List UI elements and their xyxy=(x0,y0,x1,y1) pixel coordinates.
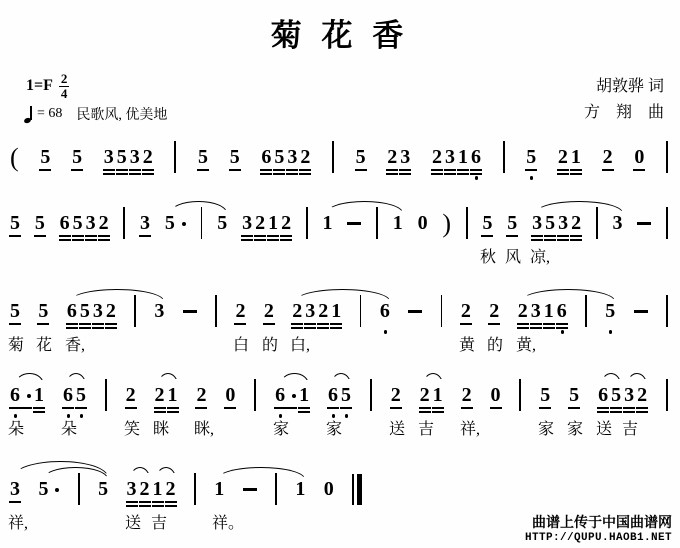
note: 1 xyxy=(299,384,309,406)
note: 2 xyxy=(281,212,291,234)
time-signature: 24 xyxy=(59,72,70,101)
note: 2 xyxy=(318,300,328,322)
duration-dash xyxy=(347,222,361,225)
note: 3 xyxy=(127,478,137,500)
note: 2 xyxy=(255,212,265,234)
note: 5 xyxy=(38,478,59,500)
dot-after xyxy=(27,394,31,398)
underline xyxy=(234,323,246,325)
lyricist-credit: 胡敦骅 词 xyxy=(584,74,664,100)
beam-group: 3532 xyxy=(532,212,581,234)
underline xyxy=(557,235,569,237)
underline xyxy=(597,407,609,409)
note: 5 xyxy=(10,212,20,234)
sheet-music-page: 菊 花 香 1=F24 = 68 民歌风, 优美地 胡敦骅 词 方 翔 曲 (5… xyxy=(0,0,680,548)
underline xyxy=(9,323,21,325)
beam-group: 5 xyxy=(482,212,492,234)
underline xyxy=(543,323,555,325)
underline xyxy=(116,173,128,175)
beam-group: 61 xyxy=(10,384,44,406)
note: 1 xyxy=(571,146,581,168)
note: 1 xyxy=(458,146,468,168)
lyric-syllable: 笑 xyxy=(124,416,140,439)
underline xyxy=(530,327,542,329)
underline xyxy=(195,407,207,409)
dot-after xyxy=(182,222,186,226)
note: 5 xyxy=(76,384,86,406)
underline xyxy=(556,327,568,329)
slur-tie-arc xyxy=(423,373,443,385)
underline xyxy=(490,407,502,409)
final-barline-thick xyxy=(357,474,362,505)
note: 3 xyxy=(305,300,315,322)
composer-credit: 方 翔 曲 xyxy=(584,100,664,126)
underline xyxy=(556,323,568,325)
beam-group: 5 xyxy=(38,300,48,322)
note: 5 xyxy=(274,146,284,168)
lyric-syllable: 送 xyxy=(125,510,141,533)
source-url-text: HTTP://QUPU.HAOB1.NET xyxy=(525,532,672,545)
tempo-value: = 68 xyxy=(37,106,62,122)
underline xyxy=(154,411,166,413)
slur-tie-arc xyxy=(326,201,403,213)
beam-group: 6532 xyxy=(60,212,109,234)
note: 0 xyxy=(225,384,235,406)
underline xyxy=(229,169,241,171)
underline xyxy=(139,505,151,507)
note: 3 xyxy=(86,212,96,234)
open-paren: ( xyxy=(10,146,19,170)
note: 0 xyxy=(491,384,501,406)
underline xyxy=(597,411,609,413)
lyric-syllable: 祥, xyxy=(8,510,28,533)
note: 0 xyxy=(634,146,644,168)
note: 1 xyxy=(544,300,554,322)
duration-dash xyxy=(183,310,197,313)
underline xyxy=(317,323,329,325)
note: 3 xyxy=(532,212,542,234)
note: 2 xyxy=(420,384,430,406)
underline xyxy=(280,235,292,237)
barline xyxy=(332,141,334,173)
note: 2 xyxy=(489,300,499,322)
underline xyxy=(544,239,556,241)
underline xyxy=(274,407,297,409)
underline xyxy=(224,407,236,409)
beam-group: 21 xyxy=(420,384,443,406)
meter-denominator: 4 xyxy=(61,87,68,101)
beam-group: 5 xyxy=(165,212,186,234)
underline xyxy=(263,323,275,325)
lyric-syllable: 花 xyxy=(36,332,52,355)
key-signature: 1=F24 xyxy=(26,72,69,101)
underline xyxy=(39,169,51,171)
note: 5 xyxy=(35,212,45,234)
underline xyxy=(92,327,104,329)
underline xyxy=(126,505,138,507)
note: 6 xyxy=(63,384,73,406)
low-octave-dot xyxy=(609,330,612,333)
underline xyxy=(539,407,551,409)
beam-group: 3 xyxy=(613,212,623,234)
underline xyxy=(557,169,569,171)
duration-dash xyxy=(243,488,257,491)
underline xyxy=(602,169,614,171)
note: 3 xyxy=(613,212,623,234)
note: 5 xyxy=(540,384,550,406)
underline xyxy=(71,169,83,171)
note: 2 xyxy=(462,384,472,406)
duration-dash xyxy=(637,222,651,225)
quarter-note-icon xyxy=(24,106,33,123)
underline xyxy=(568,407,580,409)
underline xyxy=(570,239,582,241)
barline xyxy=(306,207,308,239)
beam-group: 2 xyxy=(235,300,245,322)
lyric-syllable: 凉, xyxy=(530,244,550,267)
underline xyxy=(432,411,444,413)
beam-group: 2316 xyxy=(432,146,481,168)
lyric-syllable: 眯, xyxy=(194,416,214,439)
barline xyxy=(215,295,217,327)
slur-tie-arc xyxy=(15,373,43,385)
note: 5 xyxy=(38,300,48,322)
underline xyxy=(623,407,635,409)
underline xyxy=(116,169,128,171)
beam-group: 1 xyxy=(295,478,305,500)
lyric-syllable: 的 xyxy=(262,332,278,355)
note: 1 xyxy=(268,212,278,234)
note: 5 xyxy=(569,384,579,406)
lyric-syllable: 朵 xyxy=(61,416,77,439)
underline xyxy=(399,169,411,171)
barline xyxy=(105,379,107,411)
underline xyxy=(386,169,398,171)
underline xyxy=(9,501,21,503)
note: 2 xyxy=(518,300,528,322)
underline xyxy=(33,407,45,409)
underline xyxy=(85,235,97,237)
lyric-syllable: 吉 xyxy=(151,510,167,533)
dot-after xyxy=(55,488,59,492)
note: 2 xyxy=(196,384,206,406)
note: 2 xyxy=(155,384,165,406)
low-octave-dot xyxy=(475,176,478,179)
underline xyxy=(197,169,209,171)
beam-group: 1 xyxy=(214,478,224,500)
lyric-syllable: 风 xyxy=(505,244,521,267)
barline xyxy=(174,141,176,173)
underline xyxy=(105,323,117,325)
beam-group: 3532 xyxy=(104,146,153,168)
note: 3 xyxy=(400,146,410,168)
underline xyxy=(167,407,179,409)
lyric-syllable: 家 xyxy=(567,416,583,439)
beam-group: 5 xyxy=(10,300,20,322)
beam-group: 5 xyxy=(40,146,50,168)
slur-tie-arc xyxy=(130,467,150,479)
underline xyxy=(254,239,266,241)
underline xyxy=(152,505,164,507)
notes-row: 3553212110 xyxy=(10,478,362,500)
note: 5 xyxy=(230,146,240,168)
note: 5 xyxy=(198,146,208,168)
beam-group: 21 xyxy=(155,384,178,406)
slur-tie-arc xyxy=(217,467,305,479)
underline xyxy=(167,411,179,413)
note: 5 xyxy=(10,300,20,322)
note: 2 xyxy=(391,384,401,406)
underline xyxy=(610,407,622,409)
underline xyxy=(34,235,46,237)
underline xyxy=(531,235,543,237)
underline xyxy=(152,501,164,503)
beam-group: 6532 xyxy=(261,146,310,168)
note: 2 xyxy=(292,300,302,322)
beam-group: 6532 xyxy=(598,384,647,406)
lyric-syllable: 家 xyxy=(326,416,342,439)
barline xyxy=(666,141,668,173)
underline xyxy=(531,239,543,241)
note: 2 xyxy=(126,384,136,406)
beam-group: 3 xyxy=(10,478,20,500)
beam-group: 5 xyxy=(98,478,108,500)
underline xyxy=(273,169,285,171)
underline xyxy=(37,323,49,325)
note: 0 xyxy=(324,478,334,500)
lyric-syllable: 白, xyxy=(290,332,310,355)
note: 5 xyxy=(545,212,555,234)
underline xyxy=(431,169,443,171)
note: 5 xyxy=(217,212,227,234)
beam-group: 5 xyxy=(507,212,517,234)
note: 1 xyxy=(214,478,224,500)
underline xyxy=(129,169,141,171)
note: 2 xyxy=(166,478,176,500)
underline xyxy=(286,173,298,175)
underline xyxy=(280,239,292,241)
note: 5 xyxy=(611,384,621,406)
note: 2 xyxy=(461,300,471,322)
underline xyxy=(267,235,279,237)
underline xyxy=(273,173,285,175)
underline xyxy=(267,239,279,241)
duration-dash xyxy=(408,310,422,313)
note: 5 xyxy=(72,146,82,168)
barline xyxy=(370,379,372,411)
slur-tie-arc xyxy=(331,373,351,385)
slur-tie-arc xyxy=(170,201,226,213)
beam-group: 5 xyxy=(356,146,366,168)
lyric-syllable: 家 xyxy=(538,416,554,439)
underline xyxy=(241,239,253,241)
note: 1 xyxy=(331,300,341,322)
underline xyxy=(390,407,402,409)
underline xyxy=(139,501,151,503)
note: 2 xyxy=(235,300,245,322)
underline xyxy=(126,501,138,503)
underline xyxy=(636,411,648,413)
notes-row: 556532322232162223165 xyxy=(10,300,668,322)
note: 1 xyxy=(433,384,443,406)
underline xyxy=(260,173,272,175)
underline xyxy=(636,407,648,409)
underline xyxy=(470,169,482,171)
lyric-syllable: 秋 xyxy=(480,244,496,267)
note: 2 xyxy=(264,300,274,322)
underline xyxy=(330,327,342,329)
beam-group: 65 xyxy=(63,384,86,406)
footer: 曲谱上传于中国曲谱网 HTTP://QUPU.HAOB1.NET xyxy=(525,515,672,545)
note: 3 xyxy=(531,300,541,322)
beam-group: 2 xyxy=(461,300,471,322)
lyric-syllable: 家 xyxy=(273,416,289,439)
note: 3 xyxy=(104,146,114,168)
underline xyxy=(103,173,115,175)
page-title: 菊 花 香 xyxy=(0,10,680,55)
underline xyxy=(9,235,21,237)
tempo-marking: = 68 民歌风, 优美地 xyxy=(24,104,167,124)
note: 5 xyxy=(165,212,186,234)
slur-tie-arc xyxy=(66,373,86,385)
note: 3 xyxy=(93,300,103,322)
note: 2 xyxy=(558,146,568,168)
underline xyxy=(59,239,71,241)
underline xyxy=(557,239,569,241)
notes-row: (553532556532523231652120 xyxy=(10,146,668,168)
underline xyxy=(79,323,91,325)
low-octave-dot xyxy=(384,330,387,333)
note: 5 xyxy=(482,212,492,234)
note: 1 xyxy=(34,384,44,406)
beam-group: 5 xyxy=(605,300,615,322)
note: 5 xyxy=(117,146,127,168)
underline xyxy=(62,407,74,409)
note: 6 xyxy=(557,300,567,322)
note: 2 xyxy=(140,478,150,500)
beam-group: 5 xyxy=(35,212,45,234)
underline xyxy=(506,235,518,237)
underline xyxy=(610,411,622,413)
note: 0 xyxy=(418,212,428,234)
note: 5 xyxy=(526,146,536,168)
underline xyxy=(105,327,117,329)
note: 6 xyxy=(60,212,70,234)
beam-group: 5 xyxy=(217,212,227,234)
underline xyxy=(304,323,316,325)
underline xyxy=(125,407,137,409)
underline xyxy=(304,327,316,329)
lyric-syllable: 香, xyxy=(65,332,85,355)
beam-group: 2 xyxy=(196,384,206,406)
underline xyxy=(557,173,569,175)
slur-tie-arc xyxy=(521,289,615,301)
lyric-syllable: 送 xyxy=(389,416,405,439)
barline xyxy=(123,207,125,239)
barline xyxy=(519,379,521,411)
beam-group: 1 xyxy=(323,212,333,234)
underline xyxy=(291,327,303,329)
lyric-syllable: 眯 xyxy=(153,416,169,439)
beam-group: 2316 xyxy=(518,300,567,322)
barline xyxy=(666,207,668,239)
notes-row: 5565323553212110)5535323 xyxy=(10,212,668,234)
notes-row: 616522120616522120556532 xyxy=(10,384,668,406)
note: 6 xyxy=(67,300,77,322)
lyric-syllable: 祥。 xyxy=(212,510,244,533)
note: 2 xyxy=(99,212,109,234)
lyric-syllable: 吉 xyxy=(418,416,434,439)
beam-group: 6532 xyxy=(67,300,116,322)
note: 6 xyxy=(380,300,390,322)
underline xyxy=(517,323,529,325)
underline xyxy=(355,169,367,171)
note: 6 xyxy=(598,384,608,406)
underline xyxy=(79,327,91,329)
note: 3 xyxy=(140,212,150,234)
music-line-3: 556532322232162223165菊花香,白的白,黄的黄, xyxy=(10,282,668,358)
underline xyxy=(431,173,443,175)
underline xyxy=(260,169,272,171)
beam-group: 21 xyxy=(558,146,581,168)
meter-numerator: 2 xyxy=(59,72,70,87)
underline xyxy=(481,235,493,237)
beam-group: 0 xyxy=(634,146,644,168)
underline xyxy=(570,169,582,171)
note: 5 xyxy=(98,478,108,500)
note: 3 xyxy=(445,146,455,168)
final-barline xyxy=(352,474,362,505)
lyric-syllable: 黄 xyxy=(459,332,475,355)
note: 6 xyxy=(275,384,296,406)
beam-group: 2 xyxy=(126,384,136,406)
underline xyxy=(139,235,151,237)
underline xyxy=(457,173,469,175)
underline xyxy=(330,323,342,325)
underline xyxy=(488,323,500,325)
beam-group: 5 xyxy=(198,146,208,168)
beam-group: 6 xyxy=(380,300,390,322)
underline xyxy=(75,407,87,409)
note: 6 xyxy=(261,146,271,168)
note: 6 xyxy=(10,384,31,406)
underline xyxy=(165,501,177,503)
underline xyxy=(317,327,329,329)
underline xyxy=(154,407,166,409)
note: 5 xyxy=(73,212,83,234)
slur-tie-arc xyxy=(158,373,178,385)
underline xyxy=(419,407,431,409)
lyric-syllable: 黄, xyxy=(516,332,536,355)
underline xyxy=(633,169,645,171)
low-octave-dot xyxy=(530,176,533,179)
note: 2 xyxy=(637,384,647,406)
underline xyxy=(544,235,556,237)
duration-dash xyxy=(634,310,648,313)
note: 2 xyxy=(106,300,116,322)
underline xyxy=(444,169,456,171)
beam-group: 3 xyxy=(154,300,164,322)
underline xyxy=(299,173,311,175)
note: 5 xyxy=(356,146,366,168)
underline xyxy=(142,173,154,175)
underline xyxy=(85,239,97,241)
beam-group: 0 xyxy=(324,478,334,500)
slur-tie-arc xyxy=(535,201,623,213)
beam-group: 61 xyxy=(275,384,309,406)
underline xyxy=(457,169,469,171)
underline xyxy=(66,323,78,325)
